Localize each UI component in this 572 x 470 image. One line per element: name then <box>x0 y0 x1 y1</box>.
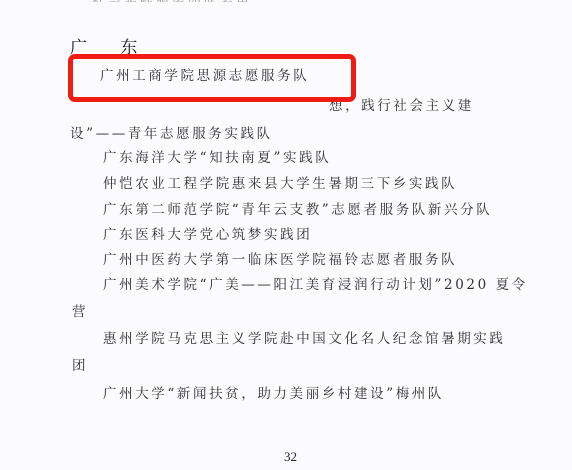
entry-line-3: 仲恺农业工程学院惠来县大学生暑期三下乡实践队 <box>103 172 457 192</box>
entry-line-5: 广东医科大学党心筑梦实践团 <box>103 223 312 243</box>
entry-line-8b: 团 <box>72 354 88 374</box>
highlight-box: 广州工商学院思源志愿服务队 <box>68 54 356 102</box>
highlighted-entry: 广州工商学院思源志愿服务队 <box>100 64 309 84</box>
top-partial-text: ……社会实践服务团队名单…… <box>60 0 440 2</box>
entry-line-1b: 设”——青年志愿服务实践队 <box>70 122 273 142</box>
entry-line-7a: 广州美术学院“广美——阳江美育浸润行动计划”2020 夏令 <box>103 273 528 293</box>
entry-line-7b: 营 <box>72 300 88 320</box>
entry-line-8a: 惠州学院马克思主义学院赴中国文化名人纪念馆暑期实践 <box>103 327 506 347</box>
entry-line-4: 广东第二师范学院“青年云支教”志愿者服务队新兴分队 <box>103 198 492 218</box>
entry-line-9: 广州大学“新闻扶贫，助力美丽乡村建设”梅州队 <box>103 382 444 402</box>
entry-line-2: 广东海洋大学“知扶南夏”实践队 <box>103 146 331 166</box>
page-number: 32 <box>284 449 297 465</box>
entry-line-6: 广州中医药大学第一临床医学院福铃志愿者服务队 <box>103 248 457 268</box>
